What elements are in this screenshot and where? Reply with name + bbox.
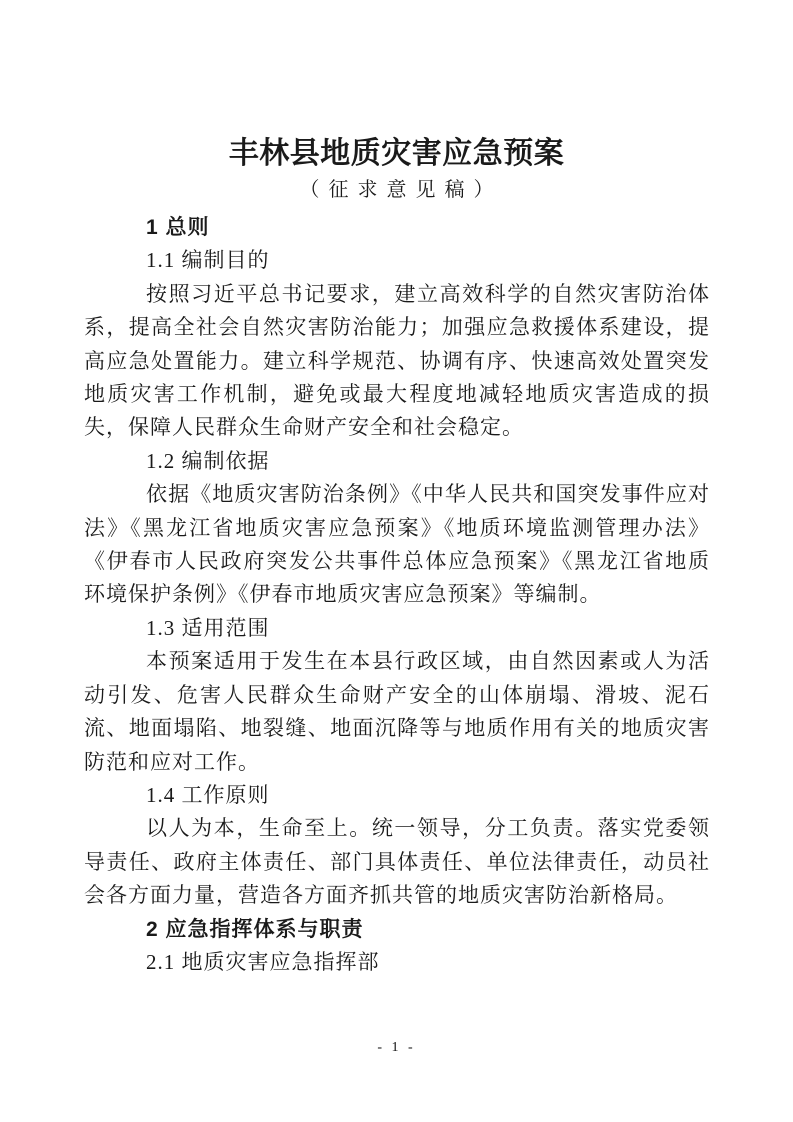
paragraph-scope-of-application: 本预案适用于发生在本县行政区域，由自然因素或人为活动引发、危害人民群众生命财产安…: [84, 645, 710, 779]
paragraph-compilation-purpose: 按照习近平总书记要求，建立高效科学的自然灾害防治体系，提高全社会自然灾害防治能力…: [84, 278, 710, 445]
paragraph-compilation-basis: 依据《地质灾害防治条例》《中华人民共和国突发事件应对法》《黑龙江省地质灾害应急预…: [84, 478, 710, 612]
paragraph-working-principles: 以人为本，生命至上。统一领导，分工负责。落实党委领导责任、政府主体责任、部门具体…: [84, 812, 710, 912]
subheading-working-principles: 1.4 工作原则: [84, 779, 710, 812]
subheading-compilation-basis: 1.2 编制依据: [84, 445, 710, 478]
page-number: - 1 -: [0, 1039, 793, 1057]
doc-subtitle: （征求意见稿）: [0, 175, 793, 205]
heading-emergency-command-system: 2 应急指挥体系与职责: [84, 913, 710, 946]
doc-title: 丰林县地质灾害应急预案: [0, 135, 793, 173]
subheading-scope-of-application: 1.3 适用范围: [84, 612, 710, 645]
document-page: 丰林县地质灾害应急预案 （征求意见稿） 1 总则 1.1 编制目的 按照习近平总…: [0, 0, 793, 1122]
heading-general-provisions: 1 总则: [84, 211, 710, 244]
document-body: 1 总则 1.1 编制目的 按照习近平总书记要求，建立高效科学的自然灾害防治体系…: [84, 211, 710, 979]
subheading-emergency-headquarters: 2.1 地质灾害应急指挥部: [84, 946, 710, 979]
subheading-compilation-purpose: 1.1 编制目的: [84, 244, 710, 277]
